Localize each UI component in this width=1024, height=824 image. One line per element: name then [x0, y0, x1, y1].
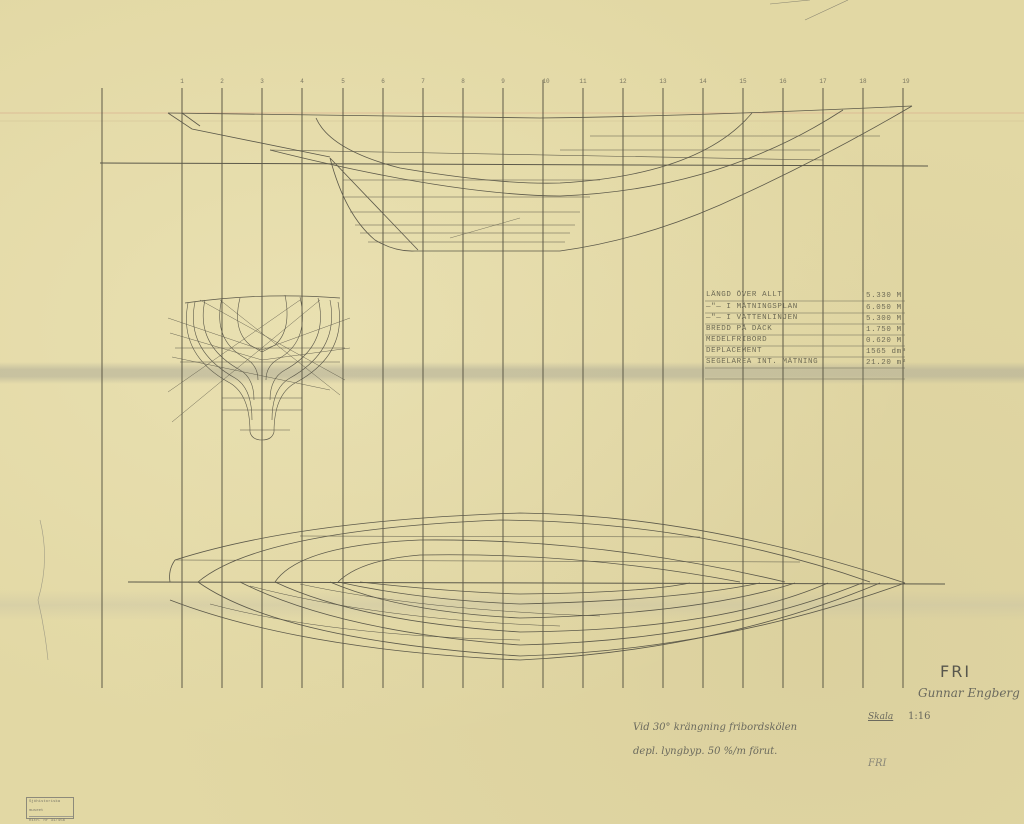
station-label: 13	[659, 78, 666, 85]
table-row-value: 6.050 M	[866, 304, 902, 312]
table-row-label: LÄNGD ÖVER ALLT	[706, 291, 783, 299]
table-row-value: 5.330 M	[866, 292, 902, 300]
station-label: 11	[579, 78, 586, 85]
lower-mark: FRI	[868, 758, 886, 769]
station-label: 19	[902, 78, 909, 85]
table-row-label: BREDD PÅ DÄCK	[706, 325, 772, 333]
archive-stamp: Sjöhistoriska museet Ritn. nr 31/456	[26, 797, 74, 819]
station-label: 4	[300, 78, 304, 85]
table-row-value: 21.20 m²	[866, 359, 907, 367]
table-row-value: 5.300 M	[866, 315, 902, 323]
table-row-value: 1.750 M	[866, 326, 902, 334]
table-row-label: —"— I MÄTNINGSPLAN	[706, 303, 798, 311]
station-label: 17	[819, 78, 826, 85]
body-plan	[168, 285, 350, 440]
station-label: 18	[859, 78, 866, 85]
profile-view	[100, 106, 928, 251]
station-label: 5	[341, 78, 345, 85]
note-line-2: depl. lyngbyp. 50 %/m förut.	[633, 746, 777, 757]
table-row-value: 1565 dm³	[866, 348, 907, 356]
scale-label: Skala	[868, 712, 893, 722]
station-label: 8	[461, 78, 465, 85]
station-label: 14	[699, 78, 706, 85]
table-row-label: —"— I VATTENLINJEN	[706, 314, 798, 322]
station-label: 9	[501, 78, 505, 85]
stamp-line-1: Sjöhistoriska museet	[29, 798, 73, 817]
station-label: 7	[421, 78, 425, 85]
station-label: 2	[220, 78, 224, 85]
station-label: 16	[779, 78, 786, 85]
lines-drawing	[0, 0, 1024, 824]
station-label: 12	[619, 78, 626, 85]
station-label: 10	[542, 78, 549, 85]
note-line-1: Vid 30° krängning fribordskölen	[633, 722, 797, 733]
boat-name: FRI	[940, 662, 971, 681]
half-breadth-view	[128, 513, 945, 660]
designer-signature: Gunnar Engberg	[918, 686, 1020, 700]
station-label: 15	[739, 78, 746, 85]
scale-value: 1:16	[908, 711, 930, 722]
station-label: 6	[381, 78, 385, 85]
station-label: 3	[260, 78, 264, 85]
station-label: 1	[180, 78, 184, 85]
stamp-line-2: Ritn. nr 31/456	[29, 817, 73, 824]
table-row-label: DEPLACEMENT	[706, 347, 762, 355]
table-row-value: 0.620 M	[866, 337, 902, 345]
table-row-label: MEDELFRIBORD	[706, 336, 767, 344]
table-row-label: SEGELAREA INT. MÄTNING	[706, 358, 818, 366]
